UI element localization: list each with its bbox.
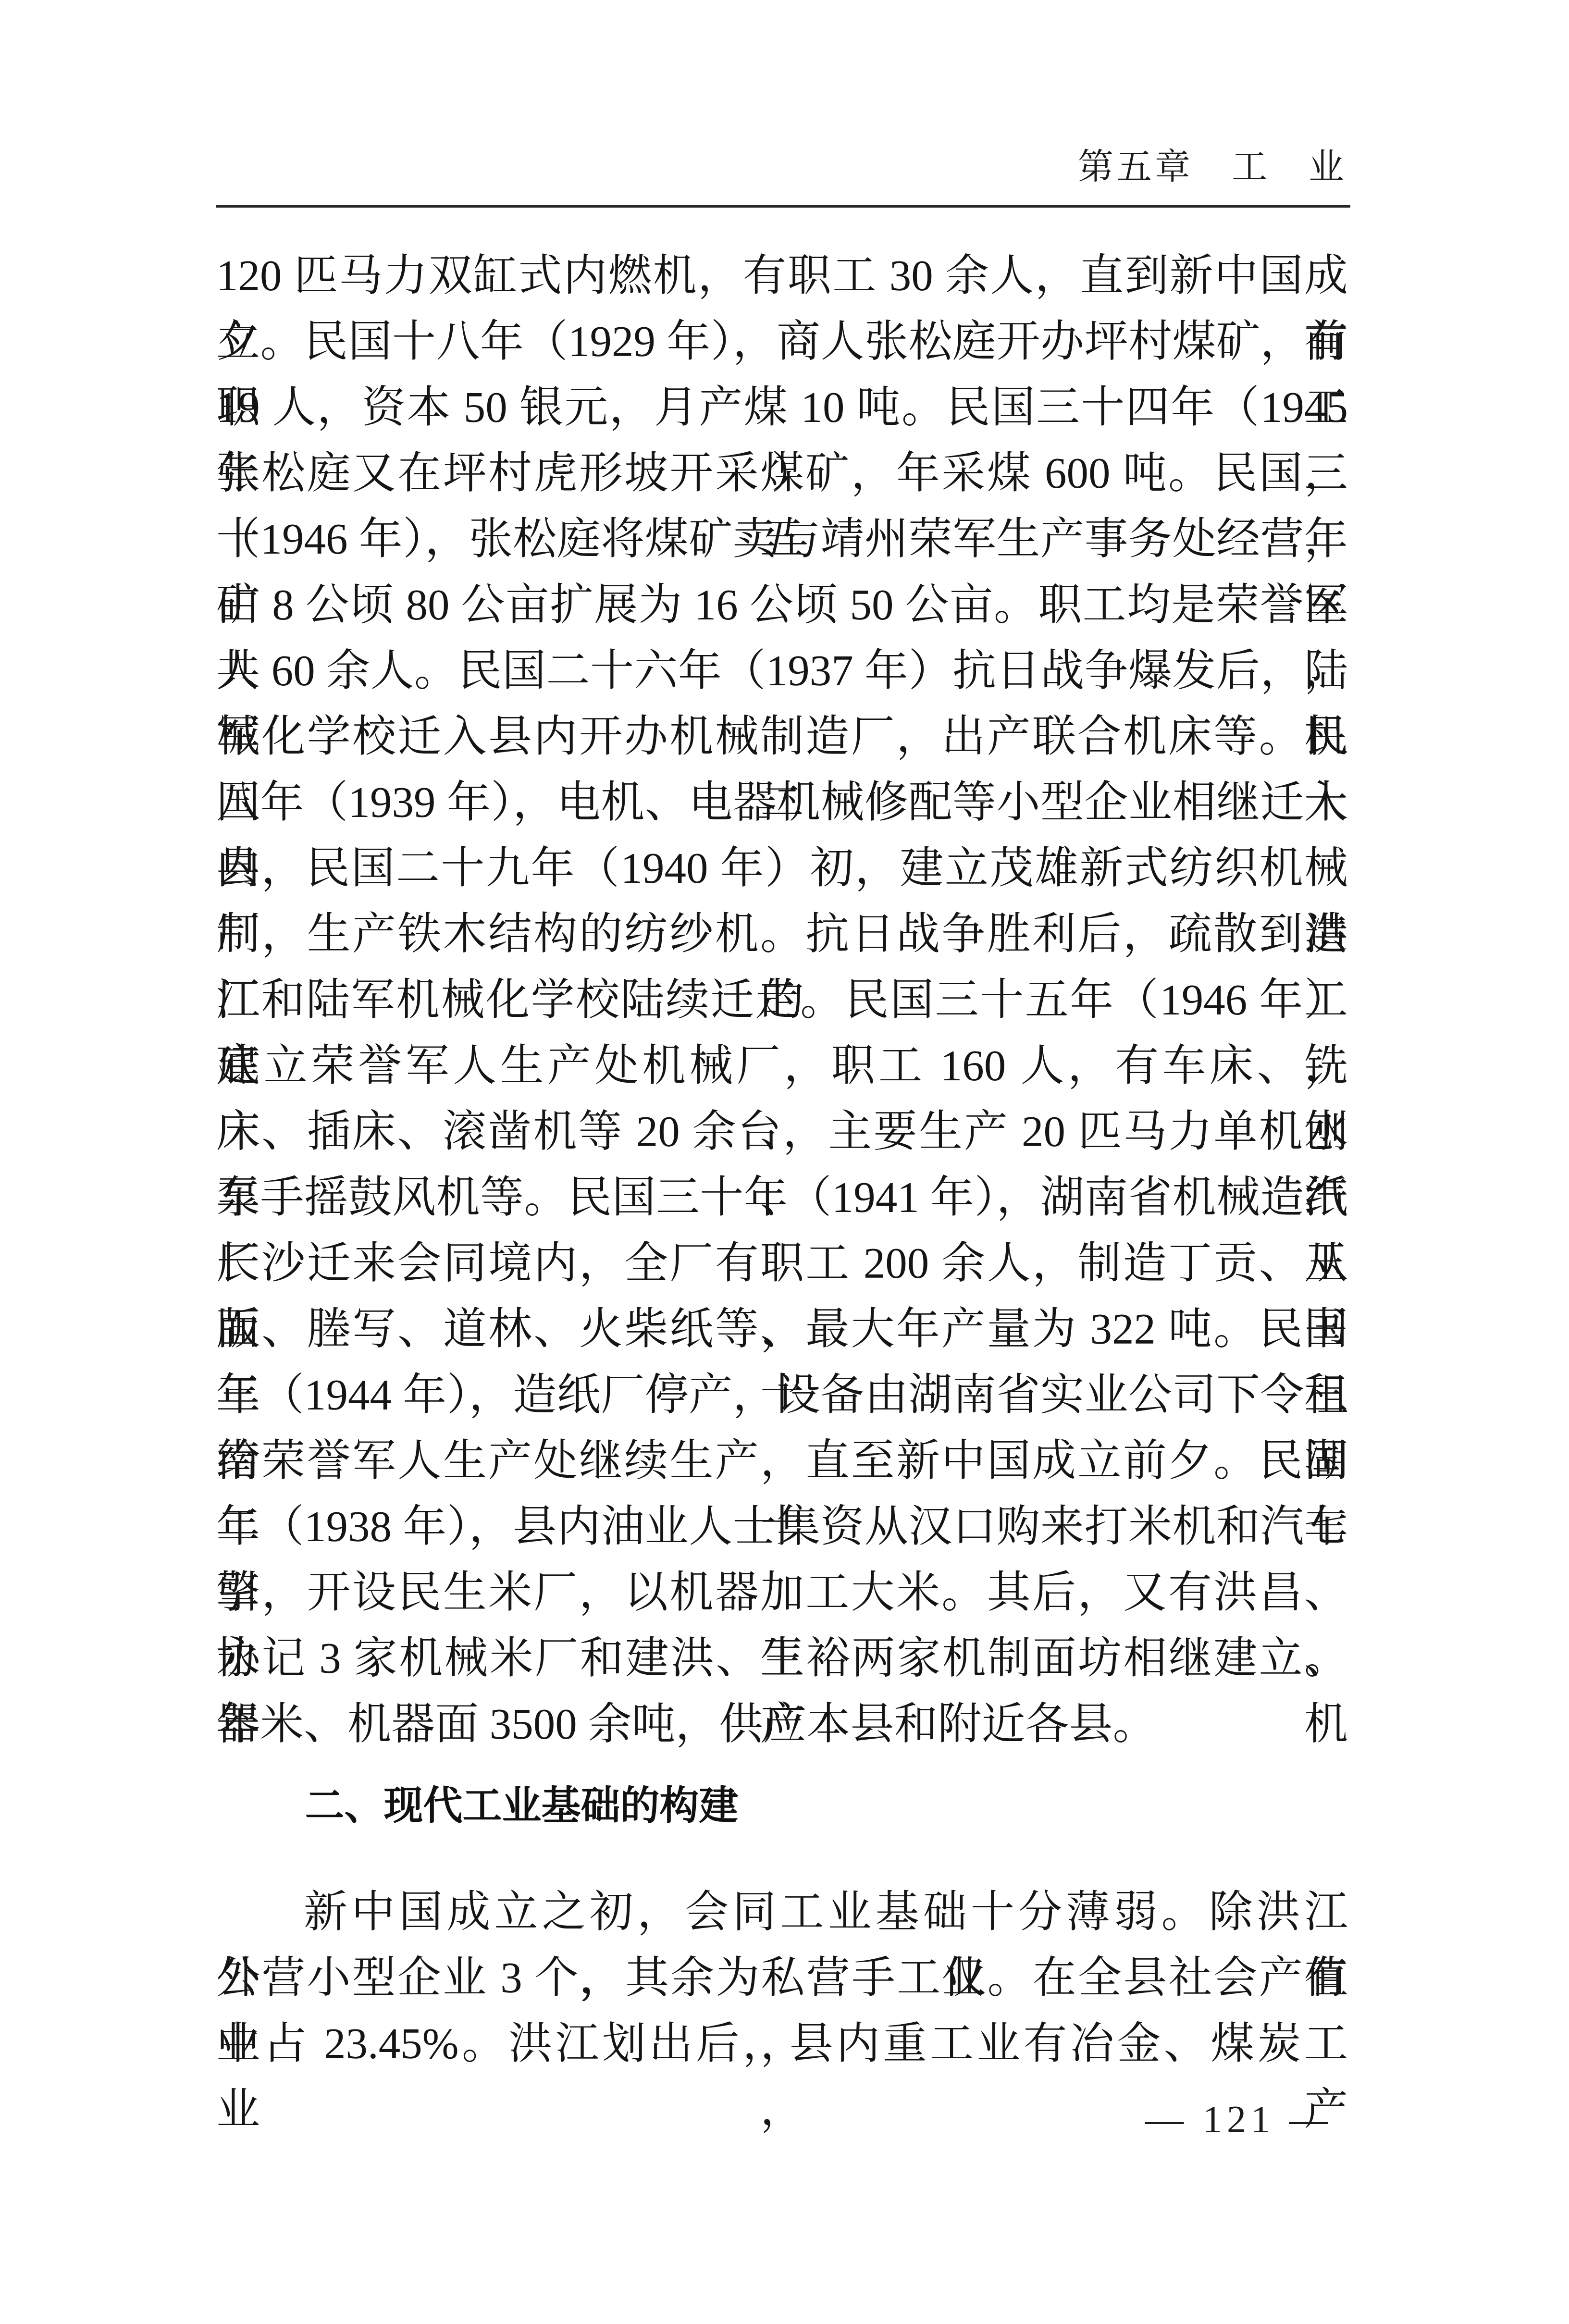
text-line: 车手摇鼓风机等。民国三十年（1941 年），湖南省机械造纸厂从: [216, 1164, 1348, 1230]
text-line: （1946 年），张松庭将煤矿卖与靖州荣军生产事务处经营，矿区: [216, 506, 1348, 572]
section-heading: 二、现代工业基础的构建: [216, 1773, 1348, 1839]
text-line: 协记 3 家机械米厂和建洪、王裕两家机制面坊相继建立。年产机: [216, 1625, 1348, 1691]
text-line: 共 60 余人。民国二十六年（1937 年）抗日战争爆发后，陆军机: [216, 638, 1348, 704]
text-line: 年（1938 年），县内油业人士集资从汉口购来打米机和汽车引: [216, 1494, 1348, 1559]
paragraph-1: 120 匹马力双缸式内燃机，有职工 30 余人，直到新中国成立前 夕。民国十八年…: [216, 243, 1348, 1757]
book-page: 第五章 工 业 120 匹马力双缸式内燃机，有职工 30 余人，直到新中国成立前…: [0, 0, 1569, 2324]
header-rule: [216, 205, 1350, 208]
chapter-header: 第五章 工 业: [1078, 141, 1347, 194]
text-line: 厂和陆军机械化学校陆续迁走。民国三十五年（1946 年）底，: [216, 967, 1348, 1033]
text-line: 内，民国二十九年（1940 年）初，建立茂雄新式纺织机械制造: [216, 835, 1348, 901]
text-line: 厂，生产铁木结构的纺纱机。抗日战争胜利后，疏散到洪江的工: [216, 901, 1348, 967]
text-line: 建立荣誉军人生产处机械厂，职工 160 人，有车床、铣床、刨: [216, 1033, 1348, 1099]
text-line: 夕。民国十八年（1929 年），商人张松庭开办坪村煤矿，有职工: [216, 309, 1348, 374]
text-line: 八年（1939 年），电机、电器机械修配等小型企业相继迁入县: [216, 769, 1348, 835]
text-line: 新中国成立之初，会同工业基础十分薄弱。除洪江外，仅有: [216, 1879, 1348, 1945]
text-line: 南荣誉军人生产处继续生产，直至新中国成立前夕。民国二十七: [216, 1428, 1348, 1494]
text-line: 床、插床、滚凿机等 20 余台，主要生产 20 匹马力单机水泵、汽: [216, 1099, 1348, 1164]
paragraph-2: 新中国成立之初，会同工业基础十分薄弱。除洪江外，仅有 公营小型企业 3 个，其余…: [216, 1879, 1348, 2077]
text-line: 面、塍写、道林、火柴纸等，最大年产量为 322 吨。民国三十三: [216, 1296, 1348, 1362]
text-line: 120 匹马力双缸式内燃机，有职工 30 余人，直到新中国成立前: [216, 243, 1348, 309]
text-line: 张松庭又在坪村虎形坡开采煤矿，年采煤 600 吨。民国三十五年: [216, 440, 1348, 506]
text-line: 长沙迁来会同境内，全厂有职工 200 余人，制造丁贡、玉版、书: [216, 1230, 1348, 1296]
text-line: 19 人，资本 50 银元，月产煤 10 吨。民国三十四年（1945 年），: [216, 374, 1348, 440]
text-line: 械化学校迁入县内开办机械制造厂，出产联合机床等。民国二十: [216, 704, 1348, 769]
text-line: 公营小型企业 3 个，其余为私营手工业。在全县社会产值中，工: [216, 1945, 1348, 2011]
page-number: — 121 —: [1145, 2099, 1333, 2140]
text-line: 擎，开设民生米厂，以机器加工大米。其后，又有洪昌、永生、: [216, 1559, 1348, 1625]
text-line: 年（1944 年），造纸厂停产，设备由湖南省实业公司下令租给湖: [216, 1362, 1348, 1428]
text-line: 业占 23.45%。洪江划出后，县内重工业有冶金、煤炭工业，产: [216, 2011, 1348, 2077]
text-line: 由 8 公顷 80 公亩扩展为 16 公顷 50 公亩。职工均是荣誉军人，: [216, 572, 1348, 638]
